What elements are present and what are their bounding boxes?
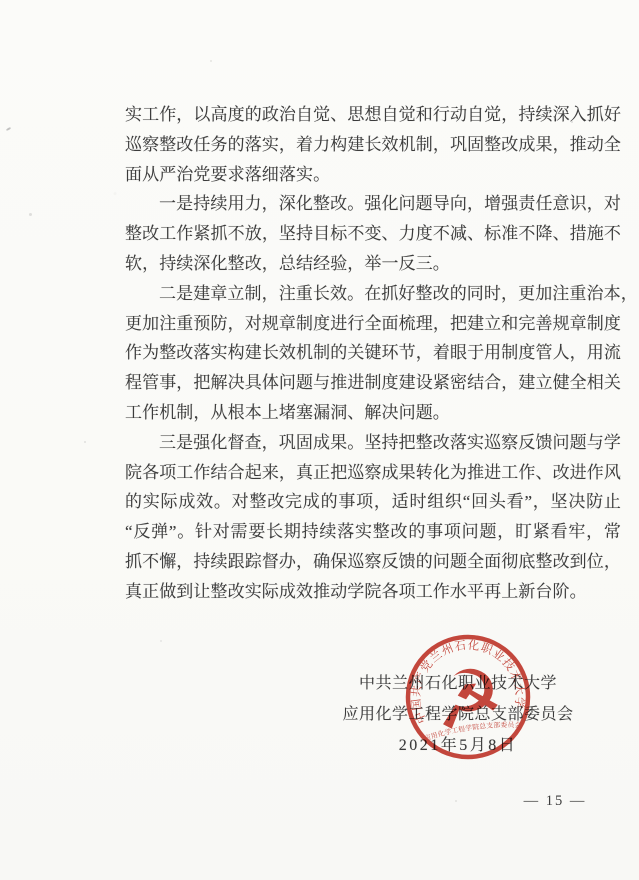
- text-line: 二是建章立制，注重长效。在抓好整改的同时，更加注重治本，: [125, 279, 621, 309]
- text-line: “反弹”。针对需要长期持续落实整改的事项问题，盯紧看牢，常: [125, 517, 621, 547]
- scanned-document-page: 实工作，以高度的政治自觉、思想自觉和行动自觉，持续深入抓好巡察整改任务的落实，着…: [0, 0, 639, 880]
- scan-speck: [571, 121, 573, 123]
- text-line: 程管事，把解决具体问题与推进制度建设紧密结合，建立健全相关: [125, 368, 621, 398]
- scan-speck: [160, 640, 162, 642]
- text-line: 的实际成效。对整改完成的事项，适时组织“回头看”，坚决防止: [125, 487, 621, 517]
- text-line: 真正做到让整改实际成效推动学院各项工作水平再上新台阶。: [125, 577, 621, 607]
- text-line: 抓不懈，持续跟踪督办，确保巡察反馈的问题全面彻底整改到位，: [125, 547, 621, 577]
- scan-speck: [84, 441, 86, 443]
- signature-block: 中共兰州石化职业技术大学 应用化学工程学院总支部委员会 2021年5月8日: [336, 668, 580, 761]
- text-line: 巡察整改任务的落实，着力构建长效机制，巩固整改成果，推动全: [125, 130, 621, 160]
- scan-speck: [595, 505, 599, 508]
- text-line: 面从严治党要求落细落实。: [125, 160, 621, 190]
- signature-org-line1: 中共兰州石化职业技术大学: [336, 668, 580, 699]
- signature-date: 2021年5月8日: [336, 730, 580, 761]
- page-number: — 15 —: [505, 793, 605, 810]
- text-line: 实工作，以高度的政治自觉、思想自觉和行动自觉，持续深入抓好: [125, 100, 621, 130]
- text-line: 院各项工作结合起来，真正把巡察成果转化为推进工作、改进作风: [125, 458, 621, 488]
- document-body: 实工作，以高度的政治自觉、思想自觉和行动自觉，持续深入抓好巡察整改任务的落实，着…: [125, 100, 621, 607]
- text-line: 三是强化督查，巩固成果。坚持把整改落实巡察反馈问题与学: [125, 428, 621, 458]
- text-line: 更加注重预防，对规章制度进行全面梳理，把建立和完善规章制度: [125, 309, 621, 339]
- text-line: 工作机制，从根本上堵塞漏洞、解决问题。: [125, 398, 621, 428]
- text-line: 整改工作紧抓不放，坚持目标不变、力度不减、标准不降、措施不: [125, 219, 621, 249]
- scan-speck: [210, 60, 212, 62]
- text-line: 一是持续用力，深化整改。强化问题导向，增强责任意识，对: [125, 189, 621, 219]
- signature-org-line2: 应用化学工程学院总支部委员会: [336, 699, 580, 730]
- text-line: 软，持续深化整改，总结经验，举一反三。: [125, 249, 621, 279]
- scan-speck: [455, 800, 457, 802]
- scan-speck: [6, 127, 11, 131]
- scan-speck: [29, 213, 32, 216]
- text-line: 作为整改落实构建长效机制的关键环节，着眼于用制度管人，用流: [125, 338, 621, 368]
